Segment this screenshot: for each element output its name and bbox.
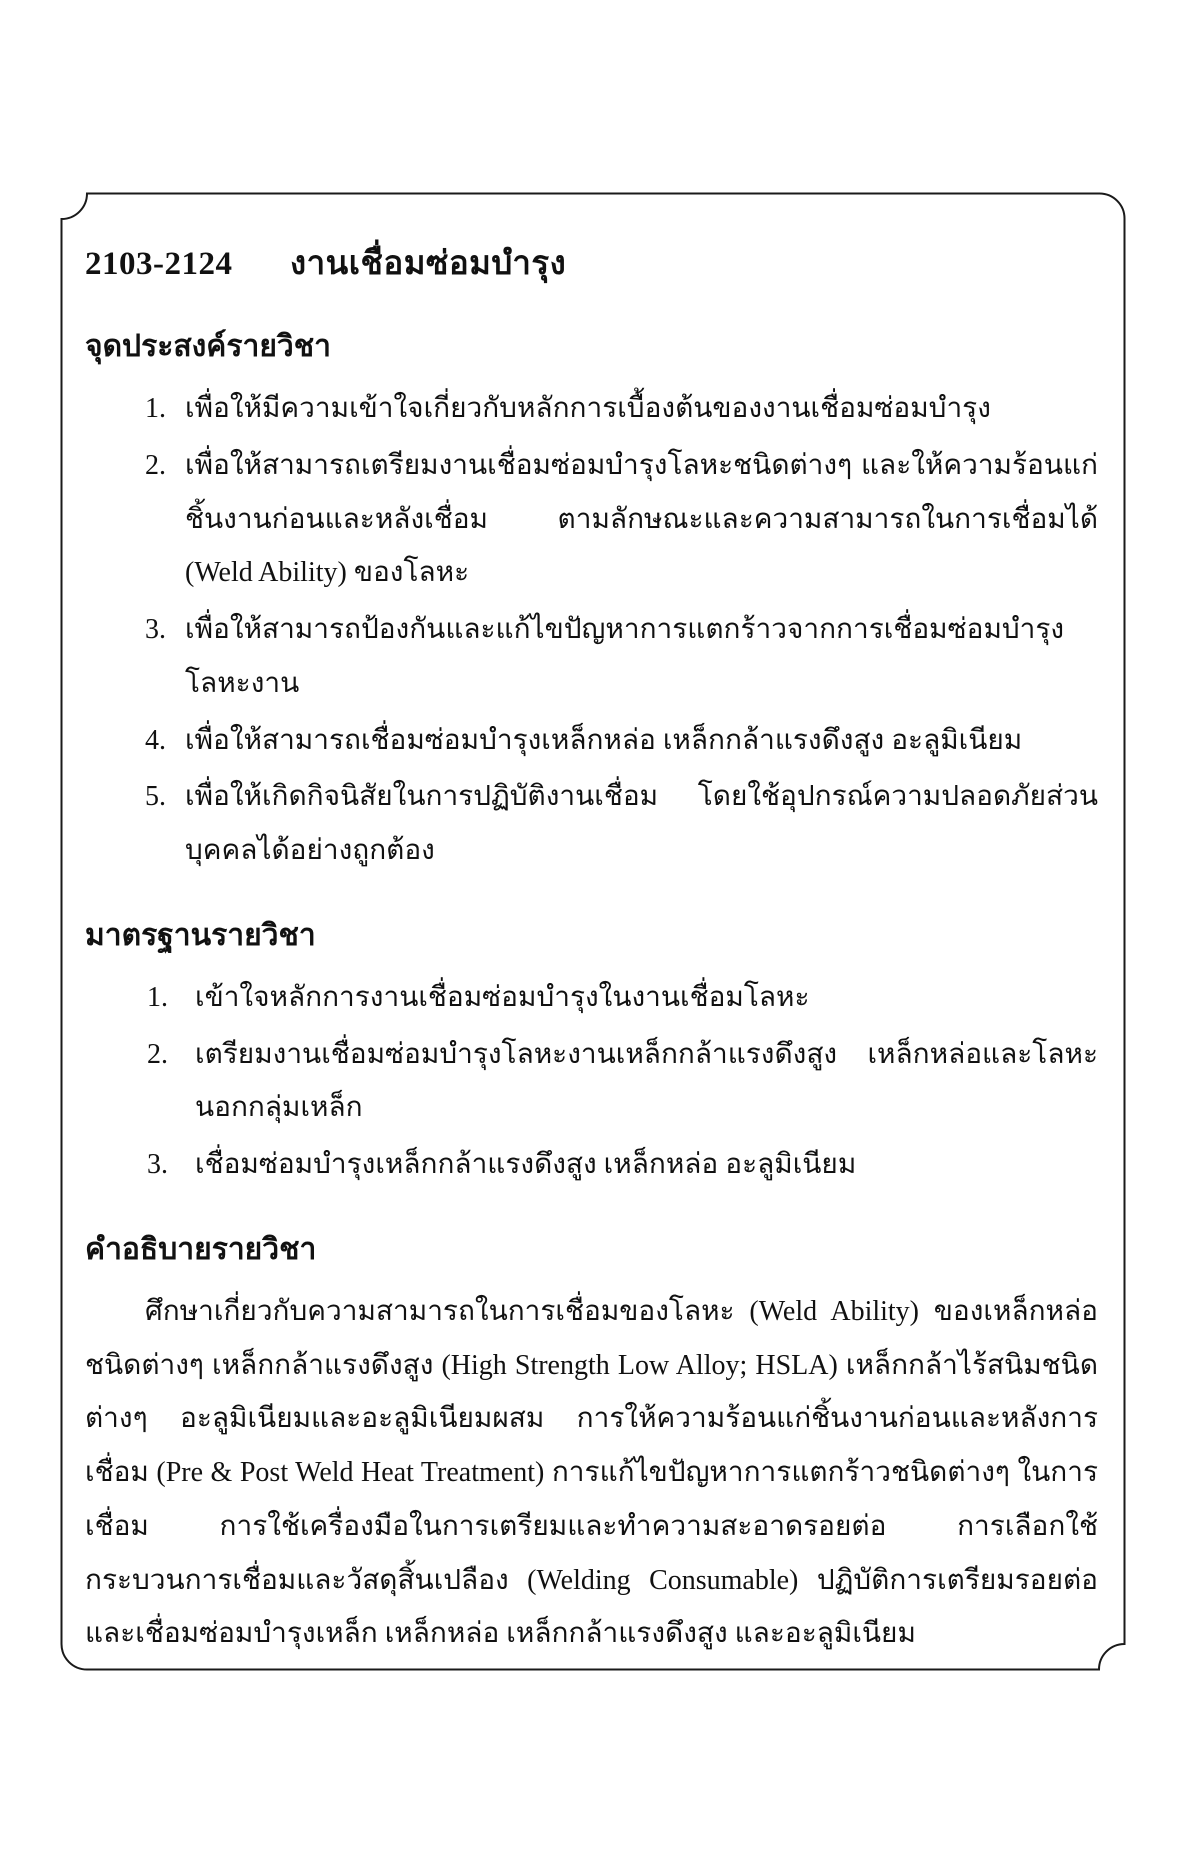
list-item-text: เตรียมงานเชื่อมซ่อมบำรุงโลหะงานเหล็กกล้า… [195, 1028, 1098, 1136]
objective-item: 5. เพื่อให้เกิดกิจนิสัยในการปฏิบัติงานเช… [145, 770, 1098, 878]
objectives-heading: จุดประสงค์รายวิชา [85, 327, 1098, 366]
standard-item: 3. เชื่อมซ่อมบำรุงเหล็กกล้าแรงดึงสูง เหล… [147, 1138, 1098, 1192]
list-item-text: เพื่อให้มีความเข้าใจเกี่ยวกับหลักการเบื้… [185, 382, 1098, 436]
list-item-number: 1. [145, 382, 185, 436]
description-heading: คำอธิบายรายวิชา [85, 1230, 1098, 1269]
list-item-number: 3. [147, 1138, 195, 1192]
list-item-text: เชื่อมซ่อมบำรุงเหล็กกล้าแรงดึงสูง เหล็กห… [195, 1138, 1098, 1192]
standards-heading: มาตรฐานรายวิชา [85, 916, 1098, 955]
objective-item: 1. เพื่อให้มีความเข้าใจเกี่ยวกับหลักการเ… [145, 382, 1098, 436]
objective-item: 4. เพื่อให้สามารถเชื่อมซ่อมบำรุงเหล็กหล่… [145, 714, 1098, 768]
standard-item: 2. เตรียมงานเชื่อมซ่อมบำรุงโลหะงานเหล็กก… [147, 1028, 1098, 1136]
list-item-number: 2. [147, 1028, 195, 1082]
list-item-number: 2. [145, 439, 185, 493]
list-item-text: เพื่อให้สามารถป้องกันและแก้ไขปัญหาการแตก… [185, 603, 1098, 711]
page-content: 2103-2124 งานเชื่อมซ่อมบำรุง จุดประสงค์ร… [60, 192, 1126, 1671]
list-item-number: 3. [145, 603, 185, 657]
objective-item: 3. เพื่อให้สามารถป้องกันและแก้ไขปัญหาการ… [145, 603, 1098, 711]
list-item-number: 5. [145, 770, 185, 824]
list-item-text: เข้าใจหลักการงานเชื่อมซ่อมบำรุงในงานเชื่… [195, 971, 1098, 1025]
list-item-text: เพื่อให้สามารถเชื่อมซ่อมบำรุงเหล็กหล่อ เ… [185, 714, 1098, 768]
description-paragraph: ศึกษาเกี่ยวกับความสามารถในการเชื่อมของโล… [85, 1285, 1098, 1661]
objective-item: 2. เพื่อให้สามารถเตรียมงานเชื่อมซ่อมบำรุ… [145, 439, 1098, 600]
document-frame: 2103-2124 งานเชื่อมซ่อมบำรุง จุดประสงค์ร… [60, 192, 1126, 1671]
course-name: งานเชื่อมซ่อมบำรุง [290, 236, 1098, 289]
list-item-number: 1. [147, 971, 195, 1025]
list-item-number: 4. [145, 714, 185, 768]
standards-list: 1. เข้าใจหลักการงานเชื่อมซ่อมบำรุงในงานเ… [147, 971, 1098, 1192]
objectives-list: 1. เพื่อให้มีความเข้าใจเกี่ยวกับหลักการเ… [145, 382, 1098, 878]
list-item-text: เพื่อให้สามารถเตรียมงานเชื่อมซ่อมบำรุงโล… [185, 439, 1098, 600]
list-item-text: เพื่อให้เกิดกิจนิสัยในการปฏิบัติงานเชื่อ… [185, 770, 1098, 878]
standard-item: 1. เข้าใจหลักการงานเชื่อมซ่อมบำรุงในงานเ… [147, 971, 1098, 1025]
course-title-row: 2103-2124 งานเชื่อมซ่อมบำรุง [85, 236, 1098, 289]
course-code: 2103-2124 [85, 246, 290, 283]
